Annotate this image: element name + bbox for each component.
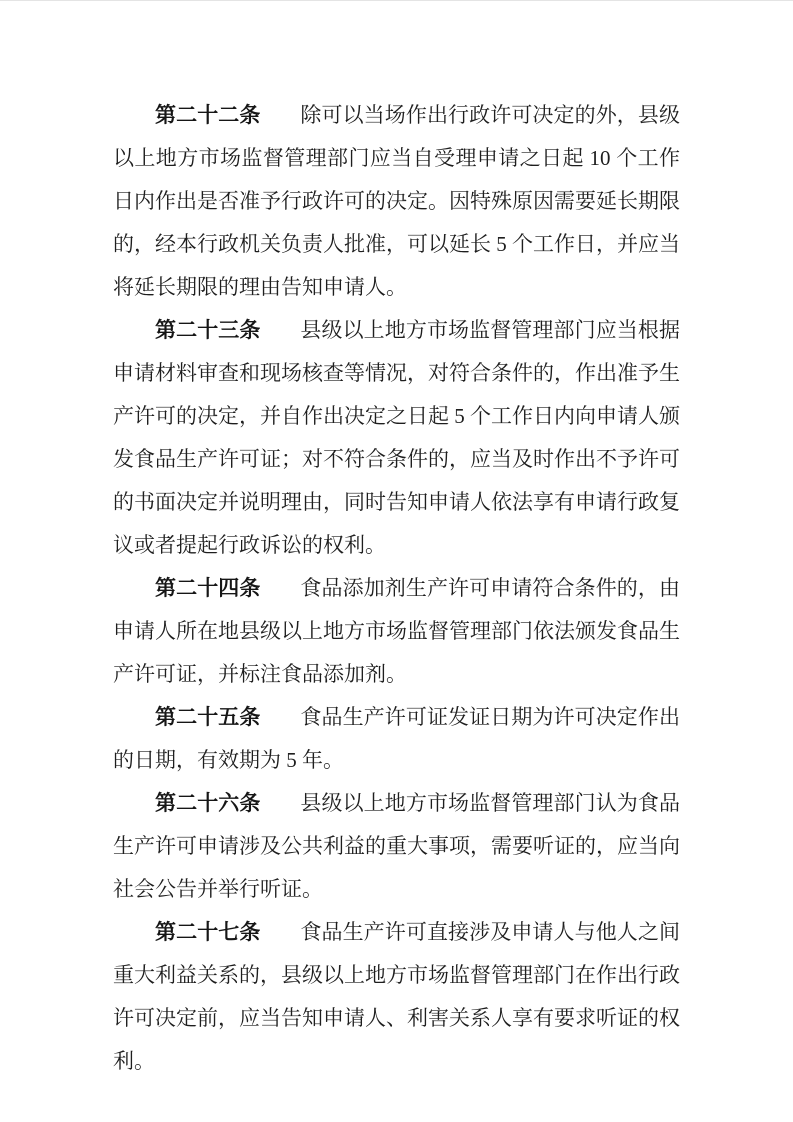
article-paragraph-27: 第二十七条食品生产许可直接涉及申请人与他人之间重大利益关系的，县级以上地方市场监… (113, 911, 680, 1083)
article-text: 除可以当场作出行政许可决定的外，县级以上地方市场监督管理部门应当自受理申请之日起… (113, 103, 680, 299)
article-paragraph-26: 第二十六条县级以上地方市场监督管理部门认为食品生产许可申请涉及公共利益的重大事项… (113, 782, 680, 911)
article-number: 第二十四条 (155, 576, 260, 600)
document-body: 第二十二条除可以当场作出行政许可决定的外，县级以上地方市场监督管理部门应当自受理… (0, 1, 793, 1083)
article-paragraph-22: 第二十二条除可以当场作出行政许可决定的外，县级以上地方市场监督管理部门应当自受理… (113, 94, 680, 309)
article-number: 第二十五条 (155, 705, 260, 729)
article-paragraph-25: 第二十五条食品生产许可证发证日期为许可决定作出的日期，有效期为 5 年。 (113, 696, 680, 782)
article-paragraph-23: 第二十三条县级以上地方市场监督管理部门应当根据申请材料审查和现场核查等情况，对符… (113, 309, 680, 567)
article-number: 第二十七条 (155, 920, 260, 944)
article-text: 县级以上地方市场监督管理部门应当根据申请材料审查和现场核查等情况，对符合条件的，… (113, 318, 680, 557)
article-number: 第二十三条 (155, 318, 260, 342)
article-paragraph-24: 第二十四条食品添加剂生产许可申请符合条件的，由申请人所在地县级以上地方市场监督管… (113, 567, 680, 696)
article-number: 第二十六条 (155, 791, 260, 815)
document-page: 第二十二条除可以当场作出行政许可决定的外，县级以上地方市场监督管理部门应当自受理… (0, 0, 793, 1122)
article-number: 第二十二条 (155, 103, 260, 127)
